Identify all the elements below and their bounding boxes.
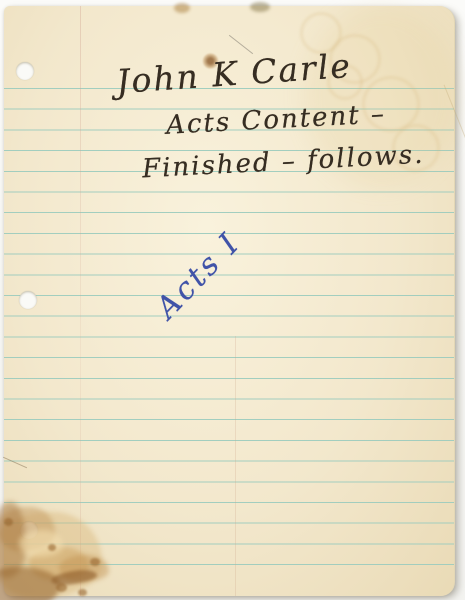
hole-punch-top	[16, 62, 34, 80]
notebook-page: John K Carle Acts Content – Finished – f…	[4, 6, 455, 596]
vertical-crease	[80, 6, 81, 596]
hole-punch-middle	[19, 291, 37, 309]
coffee-stain-dot	[90, 558, 100, 566]
coffee-stain-blob	[19, 530, 63, 557]
top-edge-smudge	[250, 2, 270, 12]
pencil-mark	[229, 35, 253, 54]
top-edge-smudge	[174, 3, 190, 13]
scanner-background: John K Carle Acts Content – Finished – f…	[0, 0, 465, 600]
coffee-stain-dot	[56, 583, 67, 592]
coffee-stain-dot	[4, 518, 13, 526]
coffee-stain-dot	[78, 589, 87, 596]
coffee-stain-dot	[48, 544, 56, 551]
vertical-crease-lower	[235, 336, 236, 596]
